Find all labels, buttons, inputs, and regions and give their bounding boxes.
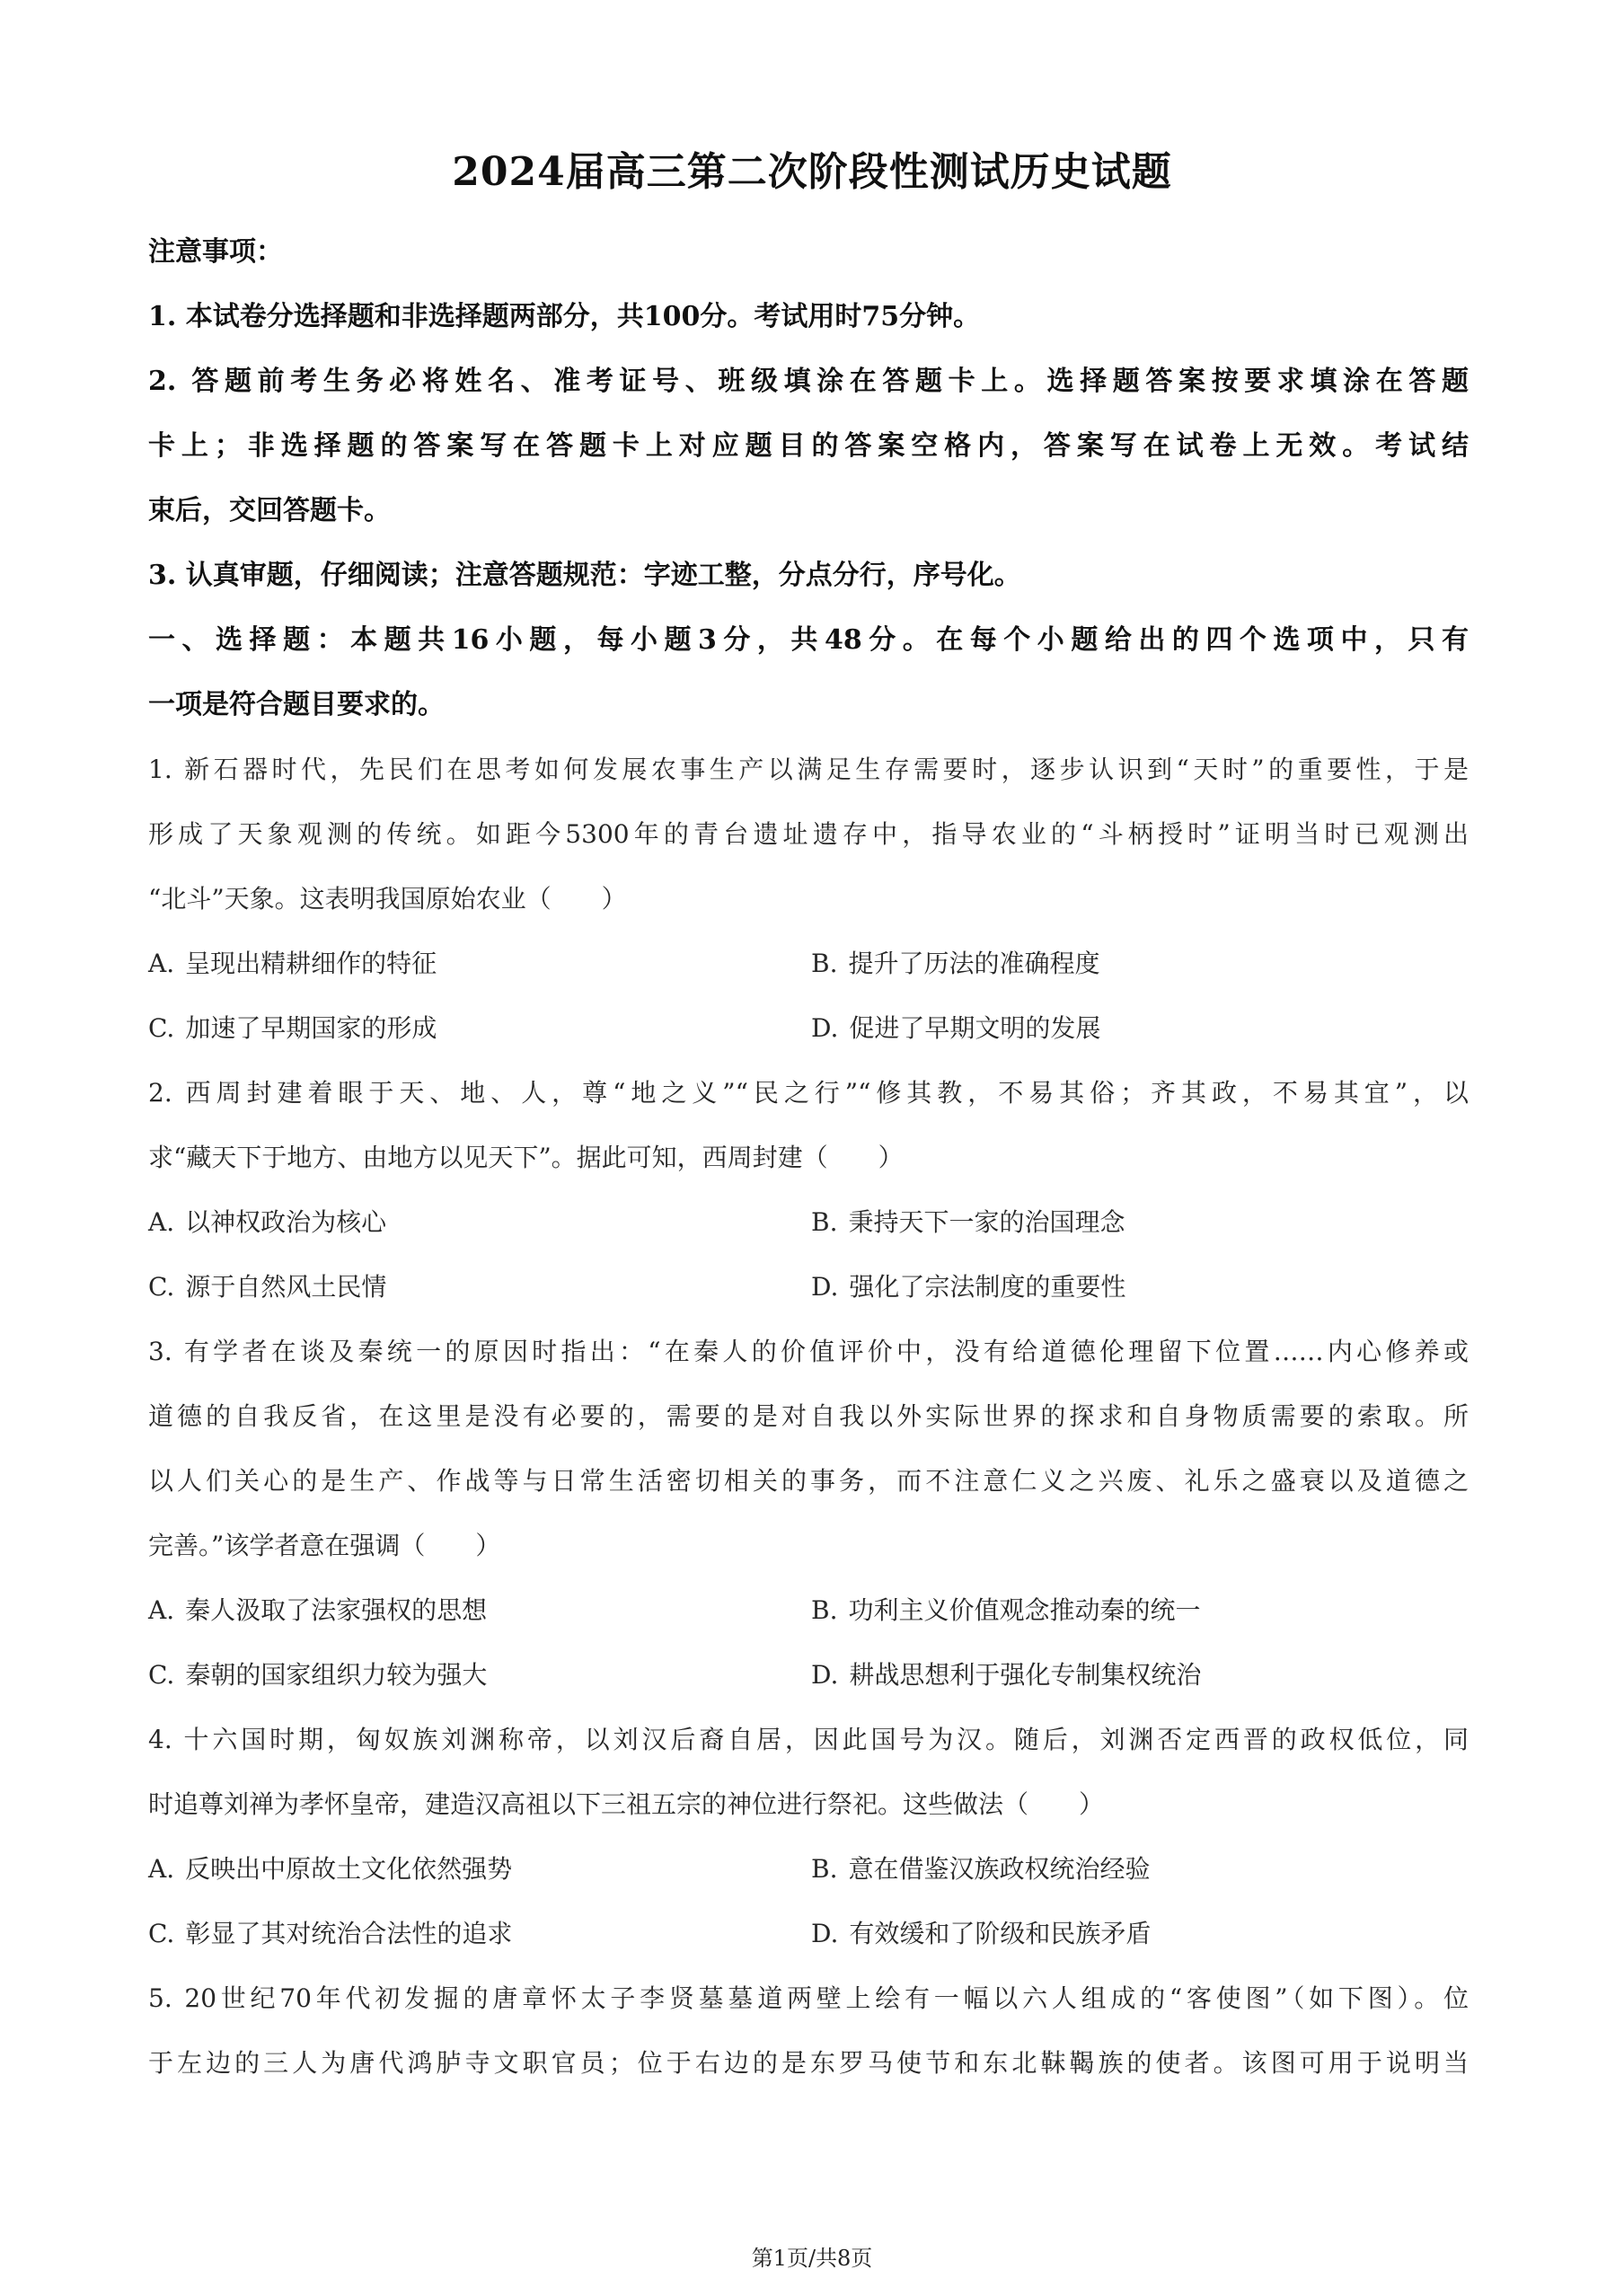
options-row: C.秦朝的国家组织力较为强大 D.耕战思想利于强化专制集权统治: [148, 1643, 1469, 1708]
options-row: C.源于自然风土民情 D.强化了宗法制度的重要性: [148, 1255, 1469, 1320]
section-heading-line: 一项是符合题目要求的。: [148, 673, 1469, 737]
option-letter: B.: [811, 1207, 837, 1237]
notice-line: 束后，交回答题卡。: [148, 479, 1469, 543]
question-stem-line: 求“藏天下于地方、由地方以见天下”。据此可知，西周封建（ ）: [148, 1126, 1469, 1190]
option-text: 彰显了其对统治合法性的追求: [185, 1919, 512, 1948]
question-stem-line: 3. 有学者在谈及秦统一的原因时指出：“在秦人的价值评价中，没有给道德伦理留下位…: [148, 1320, 1469, 1384]
question-stem-line: 于左边的三人为唐代鸿胪寺文职官员；位于右边的是东罗马使节和东北靺鞨族的使者。该图…: [148, 2031, 1469, 2096]
options-row: A.反映出中原故土文化依然强势 B.意在借鉴汉族政权统治经验: [148, 1837, 1469, 1902]
option-text: 反映出中原故土文化依然强势: [185, 1854, 512, 1884]
option-b[interactable]: B.意在借鉴汉族政权统治经验: [811, 1837, 1151, 1902]
option-b[interactable]: B.提升了历法的准确程度: [811, 932, 1100, 996]
option-b[interactable]: B.功利主义价值观念推动秦的统一: [811, 1578, 1201, 1643]
notice-item-3: 3. 认真审题，仔细阅读；注意答题规范：字迹工整，分点分行，序号化。: [148, 543, 1469, 608]
option-a[interactable]: A.以神权政治为核心: [148, 1190, 386, 1255]
option-letter: C.: [148, 1013, 174, 1043]
notice-item-1: 1. 本试卷分选择题和非选择题两部分，共100分。考试用时75分钟。: [148, 285, 1469, 349]
option-c[interactable]: C.秦朝的国家组织力较为强大: [148, 1643, 487, 1708]
option-a[interactable]: A.呈现出精耕细作的特征: [148, 932, 437, 996]
option-d[interactable]: D.强化了宗法制度的重要性: [811, 1255, 1125, 1320]
question-stem-line: 5. 20世纪70年代初发掘的唐章怀太子李贤墓墓道两壁上绘有一幅以六人组成的“客…: [148, 1966, 1469, 2031]
question-3: 3. 有学者在谈及秦统一的原因时指出：“在秦人的价值评价中，没有给道德伦理留下位…: [148, 1320, 1469, 1708]
question-stem-line: 时追尊刘禅为孝怀皇帝，建造汉高祖以下三祖五宗的神位进行祭祀。这些做法（ ）: [148, 1772, 1469, 1837]
question-stem-line: 道德的自我反省，在这里是没有必要的，需要的是对自我以外实际世界的探求和自身物质需…: [148, 1384, 1469, 1449]
question-stem-line: 形成了天象观测的传统。如距今5300年的青台遗址遗存中，指导农业的“斗柄授时”证…: [148, 802, 1469, 867]
exam-page: 2024届高三第二次阶段性测试历史试题 注意事项： 1. 本试卷分选择题和非选择…: [0, 0, 1624, 2296]
option-letter: B.: [811, 1854, 837, 1884]
question-4: 4. 十六国时期，匈奴族刘渊称帝，以刘汉后裔自居，因此国号为汉。随后，刘渊否定西…: [148, 1708, 1469, 1966]
options-row: A.呈现出精耕细作的特征 B.提升了历法的准确程度: [148, 932, 1469, 996]
option-text: 加速了早期国家的形成: [185, 1013, 437, 1043]
notice-line: 3. 认真审题，仔细阅读；注意答题规范：字迹工整，分点分行，序号化。: [148, 543, 1469, 608]
option-c[interactable]: C.彰显了其对统治合法性的追求: [148, 1902, 512, 1966]
option-letter: A.: [148, 1207, 174, 1237]
option-text: 提升了历法的准确程度: [848, 949, 1099, 978]
option-letter: D.: [811, 1272, 838, 1302]
option-letter: C.: [148, 1919, 174, 1948]
option-letter: D.: [811, 1013, 838, 1043]
notice-section: 注意事项： 1. 本试卷分选择题和非选择题两部分，共100分。考试用时75分钟。…: [148, 220, 1469, 608]
option-a[interactable]: A.反映出中原故土文化依然强势: [148, 1837, 512, 1902]
option-letter: A.: [148, 1595, 174, 1625]
options-row: A.以神权政治为核心 B.秉持天下一家的治国理念: [148, 1190, 1469, 1255]
option-text: 秦人汲取了法家强权的思想: [185, 1595, 487, 1625]
notice-line: 2. 答题前考生务必将姓名、准考证号、班级填涂在答题卡上。选择题答案按要求填涂在…: [148, 349, 1469, 414]
option-text: 呈现出精耕细作的特征: [185, 949, 437, 978]
notice-line: 1. 本试卷分选择题和非选择题两部分，共100分。考试用时75分钟。: [148, 285, 1469, 349]
option-a[interactable]: A.秦人汲取了法家强权的思想: [148, 1578, 487, 1643]
option-letter: A.: [148, 949, 174, 978]
option-d[interactable]: D.有效缓和了阶级和民族矛盾: [811, 1902, 1151, 1966]
options-row: A.秦人汲取了法家强权的思想 B.功利主义价值观念推动秦的统一: [148, 1578, 1469, 1643]
option-letter: C.: [148, 1272, 174, 1302]
option-letter: C.: [148, 1660, 174, 1690]
question-1: 1. 新石器时代，先民们在思考如何发展农事生产以满足生存需要时，逐步认识到“天时…: [148, 737, 1469, 1061]
option-letter: B.: [811, 1595, 837, 1625]
option-d[interactable]: D.耕战思想利于强化专制集权统治: [811, 1643, 1201, 1708]
notice-heading: 注意事项：: [148, 220, 1469, 285]
question-stem-line: 2. 西周封建着眼于天、地、人，尊“地之义”“民之行”“修其教，不易其俗；齐其政…: [148, 1061, 1469, 1126]
option-d[interactable]: D.促进了早期文明的发展: [811, 996, 1100, 1061]
notice-item-2: 2. 答题前考生务必将姓名、准考证号、班级填涂在答题卡上。选择题答案按要求填涂在…: [148, 349, 1469, 543]
question-stem-line: 1. 新石器时代，先民们在思考如何发展农事生产以满足生存需要时，逐步认识到“天时…: [148, 737, 1469, 802]
options-row: C.加速了早期国家的形成 D.促进了早期文明的发展: [148, 996, 1469, 1061]
option-c[interactable]: C.源于自然风土民情: [148, 1255, 386, 1320]
question-stem-line: 完善。”该学者意在强调（ ）: [148, 1514, 1469, 1578]
option-text: 有效缓和了阶级和民族矛盾: [849, 1919, 1151, 1948]
question-stem-line: 4. 十六国时期，匈奴族刘渊称帝，以刘汉后裔自居，因此国号为汉。随后，刘渊否定西…: [148, 1708, 1469, 1772]
option-c[interactable]: C.加速了早期国家的形成: [148, 996, 437, 1061]
option-text: 源于自然风土民情: [185, 1272, 386, 1302]
notice-line: 卡上；非选择题的答案写在答题卡上对应题目的答案空格内，答案写在试卷上无效。考试结: [148, 414, 1469, 479]
options-row: C.彰显了其对统治合法性的追求 D.有效缓和了阶级和民族矛盾: [148, 1902, 1469, 1966]
option-letter: D.: [811, 1919, 838, 1948]
option-text: 耕战思想利于强化专制集权统治: [849, 1660, 1201, 1690]
option-letter: B.: [811, 949, 837, 978]
question-stem-line: 以人们关心的是生产、作战等与日常生活密切相关的事务，而不注意仁义之兴废、礼乐之盛…: [148, 1449, 1469, 1514]
option-text: 功利主义价值观念推动秦的统一: [848, 1595, 1200, 1625]
question-stem-line: “北斗”天象。这表明我国原始农业（ ）: [148, 867, 1469, 932]
option-text: 以神权政治为核心: [185, 1207, 386, 1237]
question-5: 5. 20世纪70年代初发掘的唐章怀太子李贤墓墓道两壁上绘有一幅以六人组成的“客…: [148, 1966, 1469, 2096]
option-b[interactable]: B.秉持天下一家的治国理念: [811, 1190, 1125, 1255]
option-text: 意在借鉴汉族政权统治经验: [848, 1854, 1150, 1884]
section-heading-line: 一、选择题：本题共16小题，每小题3分，共48分。在每个小题给出的四个选项中，只…: [148, 608, 1469, 673]
document-title: 2024届高三第二次阶段性测试历史试题: [0, 139, 1624, 197]
option-letter: A.: [148, 1854, 174, 1884]
section-heading: 一、选择题：本题共16小题，每小题3分，共48分。在每个小题给出的四个选项中，只…: [148, 608, 1469, 737]
option-letter: D.: [811, 1660, 838, 1690]
option-text: 促进了早期文明的发展: [849, 1013, 1100, 1043]
option-text: 秉持天下一家的治国理念: [848, 1207, 1125, 1237]
page-number: 第1页/共8页: [0, 2240, 1624, 2272]
option-text: 秦朝的国家组织力较为强大: [185, 1660, 487, 1690]
document-body: 注意事项： 1. 本试卷分选择题和非选择题两部分，共100分。考试用时75分钟。…: [148, 220, 1469, 2096]
option-text: 强化了宗法制度的重要性: [849, 1272, 1125, 1302]
question-2: 2. 西周封建着眼于天、地、人，尊“地之义”“民之行”“修其教，不易其俗；齐其政…: [148, 1061, 1469, 1320]
